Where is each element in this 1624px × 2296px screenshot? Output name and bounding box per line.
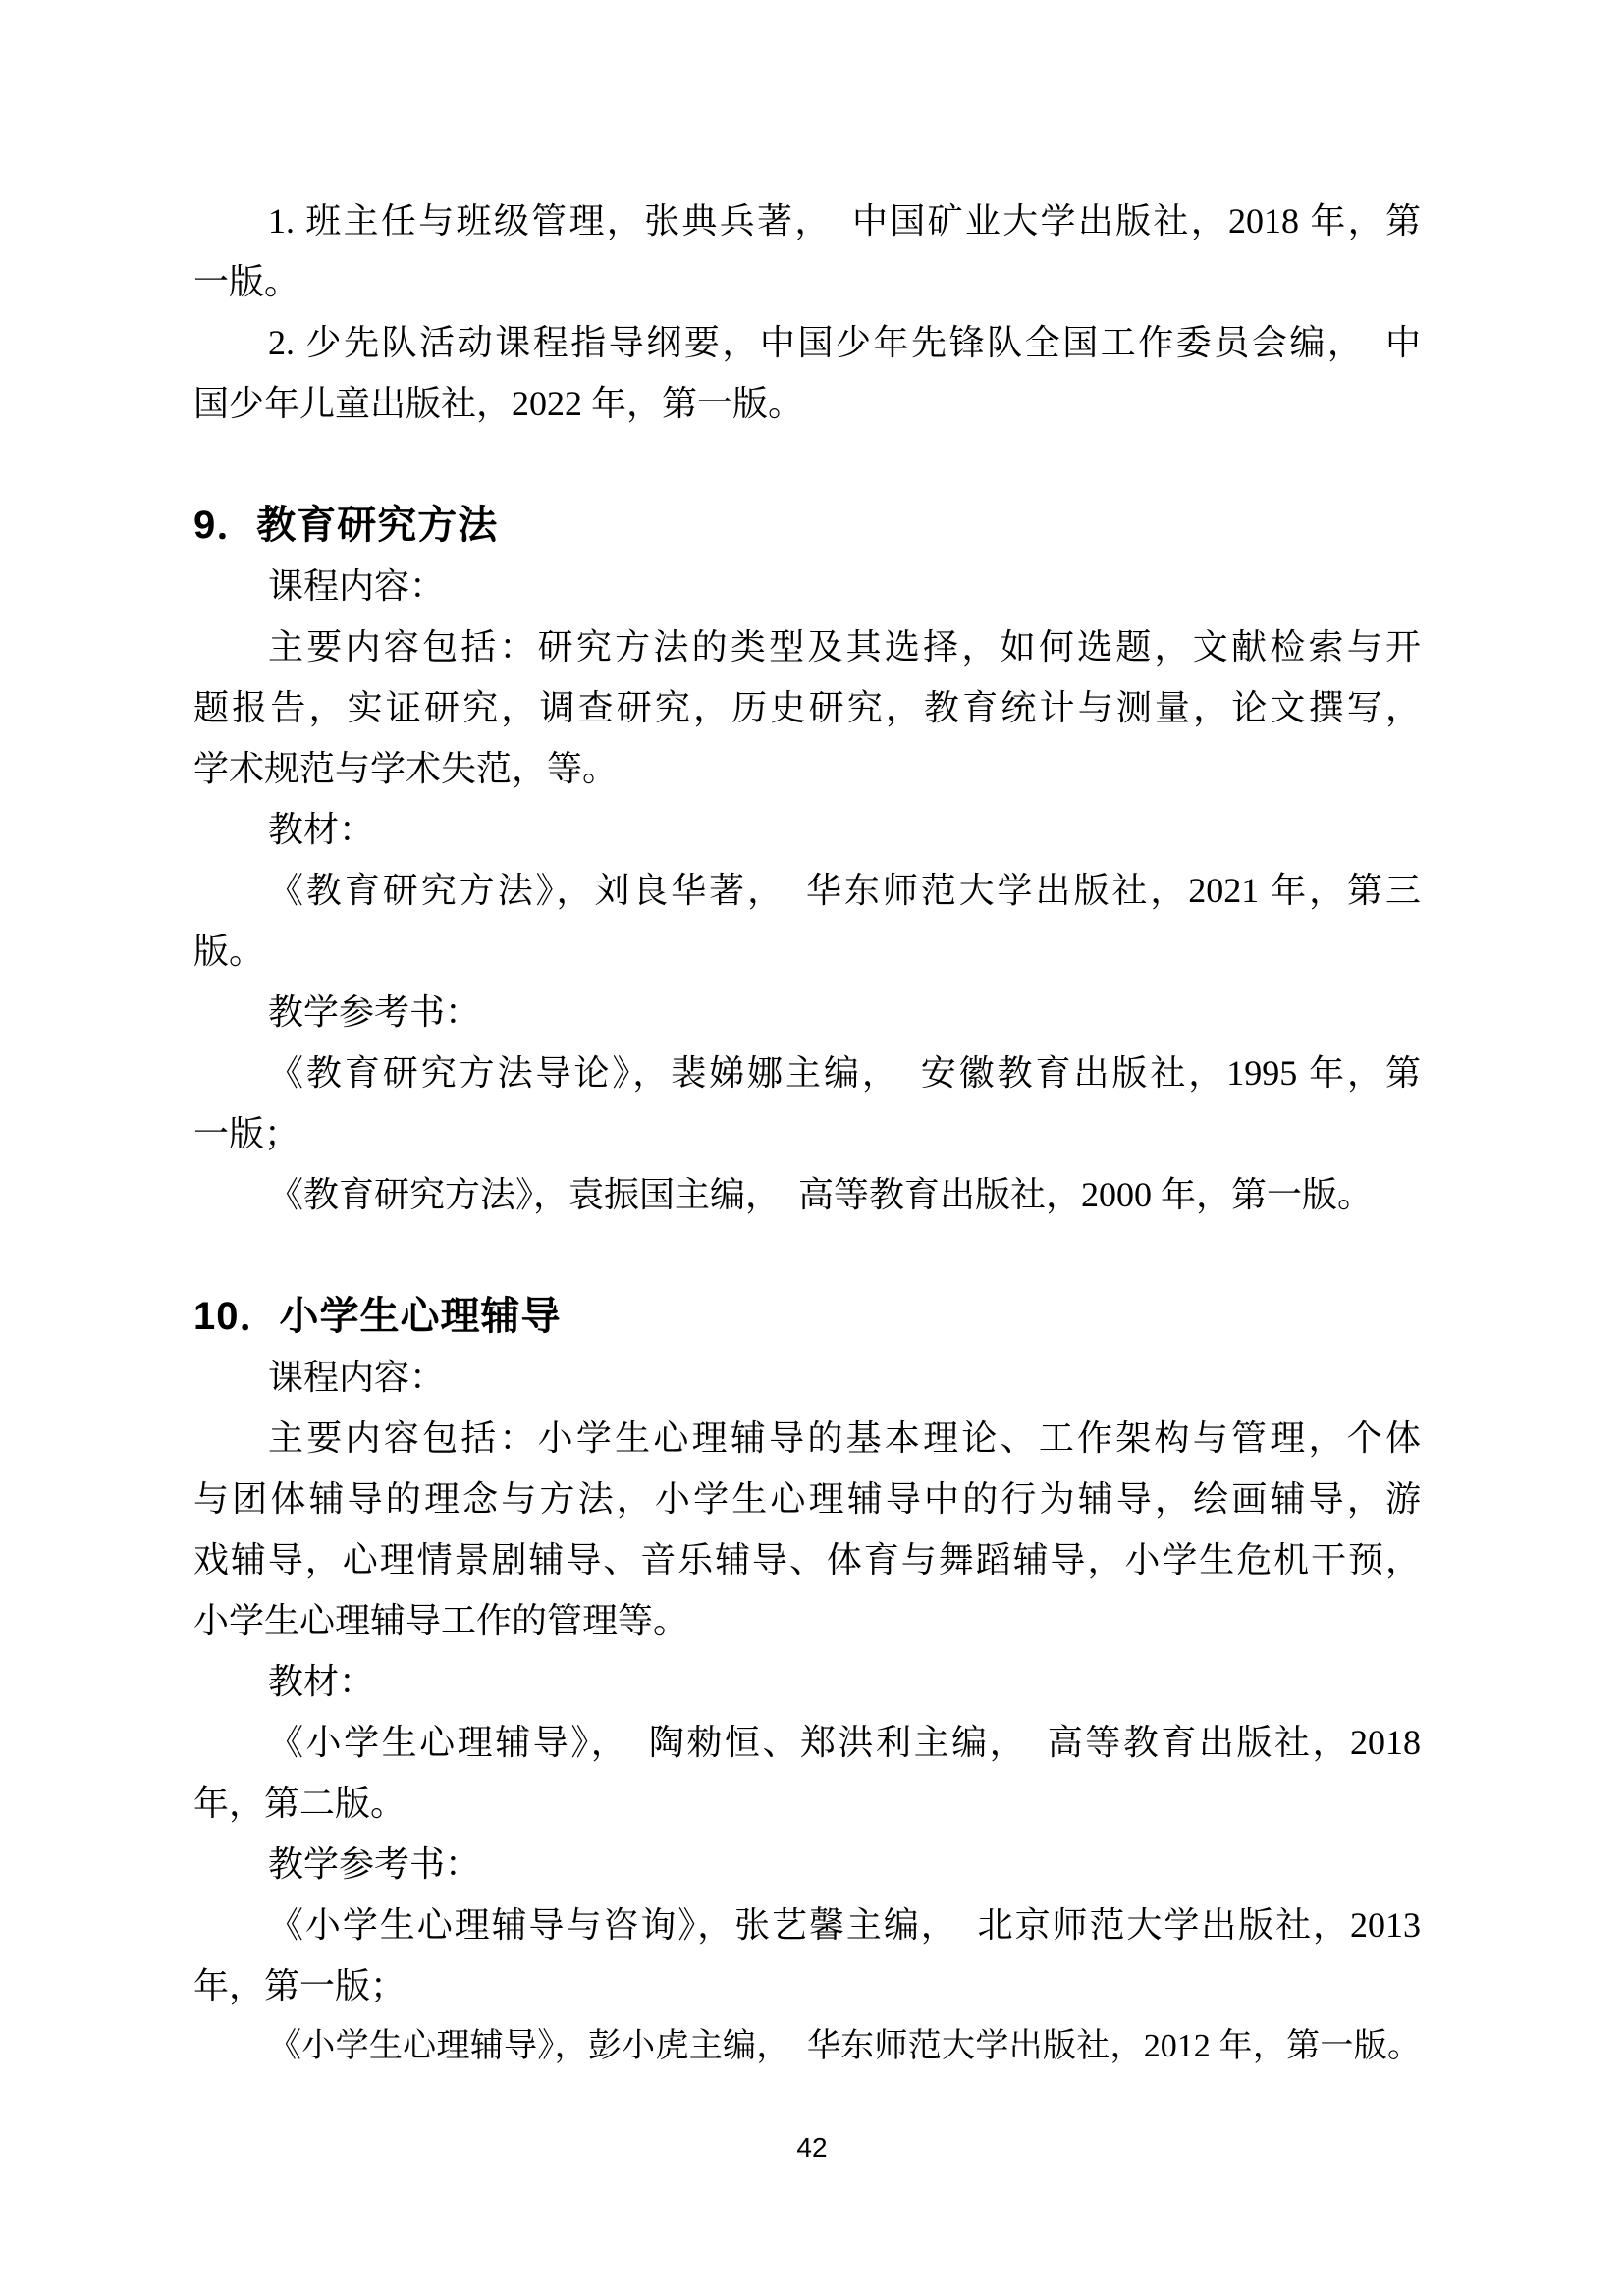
document-body: 1. 班主任与班级管理，张典兵著， 中国矿业大学出版社，2018 年，第一版。2… [193, 190, 1421, 2077]
text-line: 《教育研究方法》，袁振国主编， 高等教育出版社，2000 年，第一版。 [193, 1164, 1421, 1225]
section-9-heading: 9．教育研究方法 [193, 495, 1421, 556]
text-line: 戏辅导，心理情景剧辅导、音乐辅导、体育与舞蹈辅导，小学生危机干预， [193, 1529, 1421, 1590]
text-line: 年，第二版。 [193, 1773, 1421, 1834]
text-line: 《小学生心理辅导》，彭小虎主编， 华东师范大学出版社，2012 年，第一版。 [193, 2016, 1421, 2077]
text-line: 题报告，实证研究，调查研究，历史研究，教育统计与测量，论文撰写， [193, 677, 1421, 738]
text-line: 《教育研究方法》，刘良华著， 华东师范大学出版社，2021 年，第三 [193, 860, 1421, 921]
text-line: 一版； [193, 1103, 1421, 1164]
document-page: 1. 班主任与班级管理，张典兵著， 中国矿业大学出版社，2018 年，第一版。2… [0, 0, 1624, 2296]
text-line: 教学参考书： [193, 982, 1421, 1042]
text-line: 教材： [193, 799, 1421, 860]
text-line: 课程内容： [193, 1347, 1421, 1408]
text-line: 一版。 [193, 251, 1421, 312]
text-line: 小学生心理辅导工作的管理等。 [193, 1590, 1421, 1651]
text-line: 课程内容： [193, 556, 1421, 616]
text-line: 版。 [193, 921, 1421, 982]
text-line: 1. 班主任与班级管理，张典兵著， 中国矿业大学出版社，2018 年，第 [193, 190, 1421, 251]
page-number: 42 [0, 2132, 1624, 2163]
text-line: 2. 少先队活动课程指导纲要，中国少年先锋队全国工作委员会编， 中 [193, 312, 1421, 373]
text-line: 主要内容包括：研究方法的类型及其选择，如何选题，文献检索与开 [193, 616, 1421, 677]
text-line: 学术规范与学术失范，等。 [193, 738, 1421, 799]
text-line: 《小学生心理辅导》， 陶勑恒、郑洪利主编， 高等教育出版社，2018 [193, 1712, 1421, 1773]
text-line: 《教育研究方法导论》，裴娣娜主编， 安徽教育出版社，1995 年，第 [193, 1042, 1421, 1103]
text-line: 国少年儿童出版社，2022 年，第一版。 [193, 373, 1421, 434]
text-line: 与团体辅导的理念与方法，小学生心理辅导中的行为辅导，绘画辅导，游 [193, 1468, 1421, 1529]
text-line: 教学参考书： [193, 1834, 1421, 1895]
text-line: 《小学生心理辅导与咨询》，张艺馨主编， 北京师范大学出版社，2013 [193, 1895, 1421, 1955]
text-line: 年，第一版； [193, 1955, 1421, 2016]
section-10-heading: 10．小学生心理辅导 [193, 1286, 1421, 1347]
text-line: 教材： [193, 1651, 1421, 1712]
text-line: 主要内容包括：小学生心理辅导的基本理论、工作架构与管理，个体 [193, 1408, 1421, 1468]
